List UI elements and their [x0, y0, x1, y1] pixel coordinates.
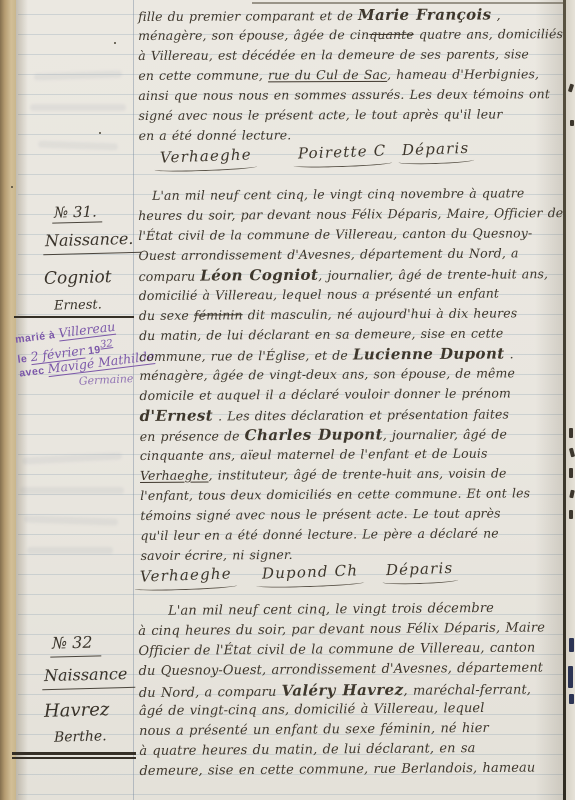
signature-name: Dupond Ch	[262, 561, 359, 582]
text-line: ménagère, son épouse, âgée de cinquante …	[138, 24, 564, 46]
text-line: à Villereau, est décédée en la demeure d…	[138, 44, 564, 66]
bleedthrough-mark	[30, 104, 126, 111]
text-line: ainsi que nous nous en sommes assurés. L…	[138, 84, 564, 106]
witness-signature: Verhaeghe	[140, 564, 233, 591]
page-sliver-mark	[569, 468, 573, 478]
binding-shadow	[16, 0, 28, 800]
page-sliver-mark	[569, 510, 573, 519]
act-given-name: Ernest.	[54, 297, 102, 313]
page-sliver-mark	[570, 120, 574, 126]
paper-speck	[99, 132, 101, 134]
witness-signature: Poirette C	[298, 141, 387, 168]
text-line: du Nord, a comparu Valéry Havrez, maréch…	[139, 678, 565, 702]
binding-edge	[0, 0, 16, 800]
paper-speck	[11, 186, 13, 188]
act-given-name: Berthe.	[54, 728, 107, 745]
paper-speck	[114, 42, 116, 44]
act-32-text: L'an mil neuf cent cinq, le vingt trois …	[138, 598, 566, 782]
page-sliver-mark	[568, 666, 573, 688]
mayor-signature: Déparis	[402, 139, 470, 165]
page-sliver-mark	[569, 638, 574, 652]
witness-signature: Dupond Ch	[262, 561, 359, 588]
bleedthrough-mark	[27, 547, 113, 554]
act-number: № 31.	[52, 202, 102, 223]
act-31-text: L'an mil neuf cent cinq, le vingt cinq n…	[138, 183, 567, 566]
act-number: № 32	[50, 632, 101, 657]
signature-name: Déparis	[386, 559, 454, 579]
text-line: fille du premier comparant et de Marie F…	[138, 4, 564, 26]
signature-name: Verhaeghe	[140, 564, 233, 585]
text-line: comparu Léon Cogniot, journalier, âgé de…	[139, 263, 565, 286]
text-line: l'enfant, tous deux domiciliés en cette …	[140, 483, 566, 506]
page-sliver-mark	[569, 428, 573, 438]
margin-separator	[12, 757, 136, 759]
mayor-signature: Déparis	[386, 559, 454, 585]
signature-name: Déparis	[402, 139, 470, 159]
act-surname: Havrez	[44, 699, 110, 722]
signature-name: Verhaeghe	[160, 145, 253, 166]
act-type: Naissance	[42, 664, 136, 690]
text-line: signé avec nous le présent acte, le tout…	[138, 104, 564, 126]
previous-act-text: fille du premier comparant et de Marie F…	[138, 4, 565, 146]
signature-name: Poirette C	[298, 141, 387, 162]
act-surname: Cogniot	[44, 267, 112, 289]
registry-page-scan: fille du premier comparant et de Marie F…	[0, 0, 575, 800]
bleedthrough-mark	[20, 487, 124, 494]
text-line: en cette commune, rue du Cul de Sac, ham…	[138, 64, 564, 86]
act-type: Naissance.	[43, 229, 142, 256]
margin-separator	[12, 752, 136, 755]
text-line: en présence de Charles Dupont, journalie…	[140, 423, 566, 446]
witness-signature: Verhaeghe	[160, 145, 253, 172]
text-line: demeure, sise en cette commune, rue Berl…	[139, 758, 565, 782]
page-sliver-mark	[569, 694, 574, 704]
